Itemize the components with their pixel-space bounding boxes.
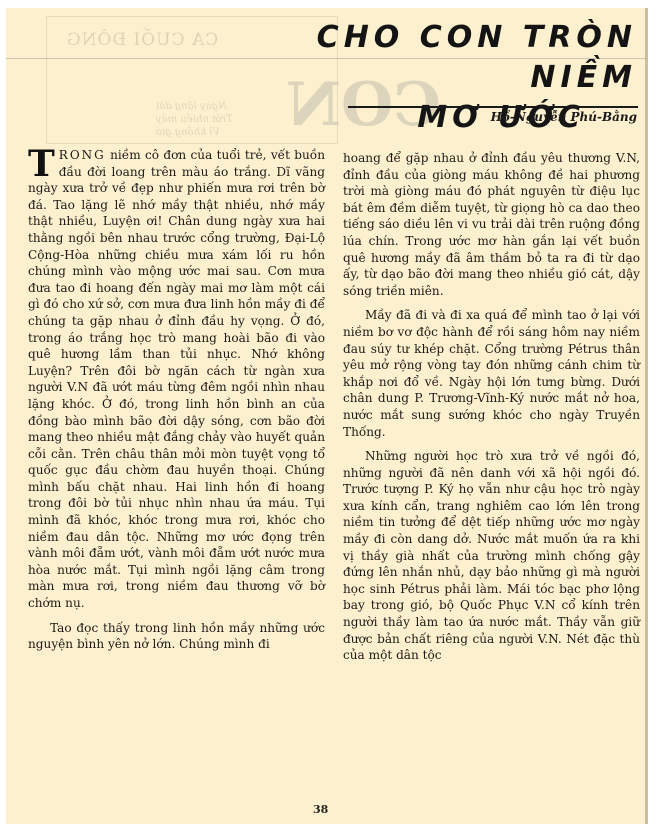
right-column: hoang để gặp nhau ở đỉnh đầu yêu thương … xyxy=(343,150,640,664)
paragraph: Những người học trò xưa trở về ngồi đó, … xyxy=(343,448,640,664)
drop-cap: T xyxy=(28,149,55,179)
page-number: 38 xyxy=(313,803,328,816)
title-underline xyxy=(348,106,638,108)
paragraph: Tao đọc thấy trong linh hồn mầy những ướ… xyxy=(28,620,325,653)
author-byline: Hồ-Nguyễn Phú-Bằng xyxy=(491,110,637,124)
paragraph: hoang để gặp nhau ở đỉnh đầu yêu thương … xyxy=(343,150,640,299)
left-column: TRONG niềm cô đơn của tuổi trẻ, vết buồn… xyxy=(28,147,325,653)
bleed-through-heading: CA CUỐI ĐÔNG xyxy=(66,30,218,50)
title-line-1: CHO CON TRÒN NIỀM xyxy=(215,18,637,98)
paragraph: TRONG niềm cô đơn của tuổi trẻ, vết buồn… xyxy=(28,147,325,612)
paragraph-text: niềm cô đơn của tuổi trẻ, vết buồn đầu đ… xyxy=(28,148,325,610)
lead-word: RONG xyxy=(59,148,106,162)
paragraph: Mầy đã đi và đi xa quá để mình tao ở lại… xyxy=(343,307,640,440)
